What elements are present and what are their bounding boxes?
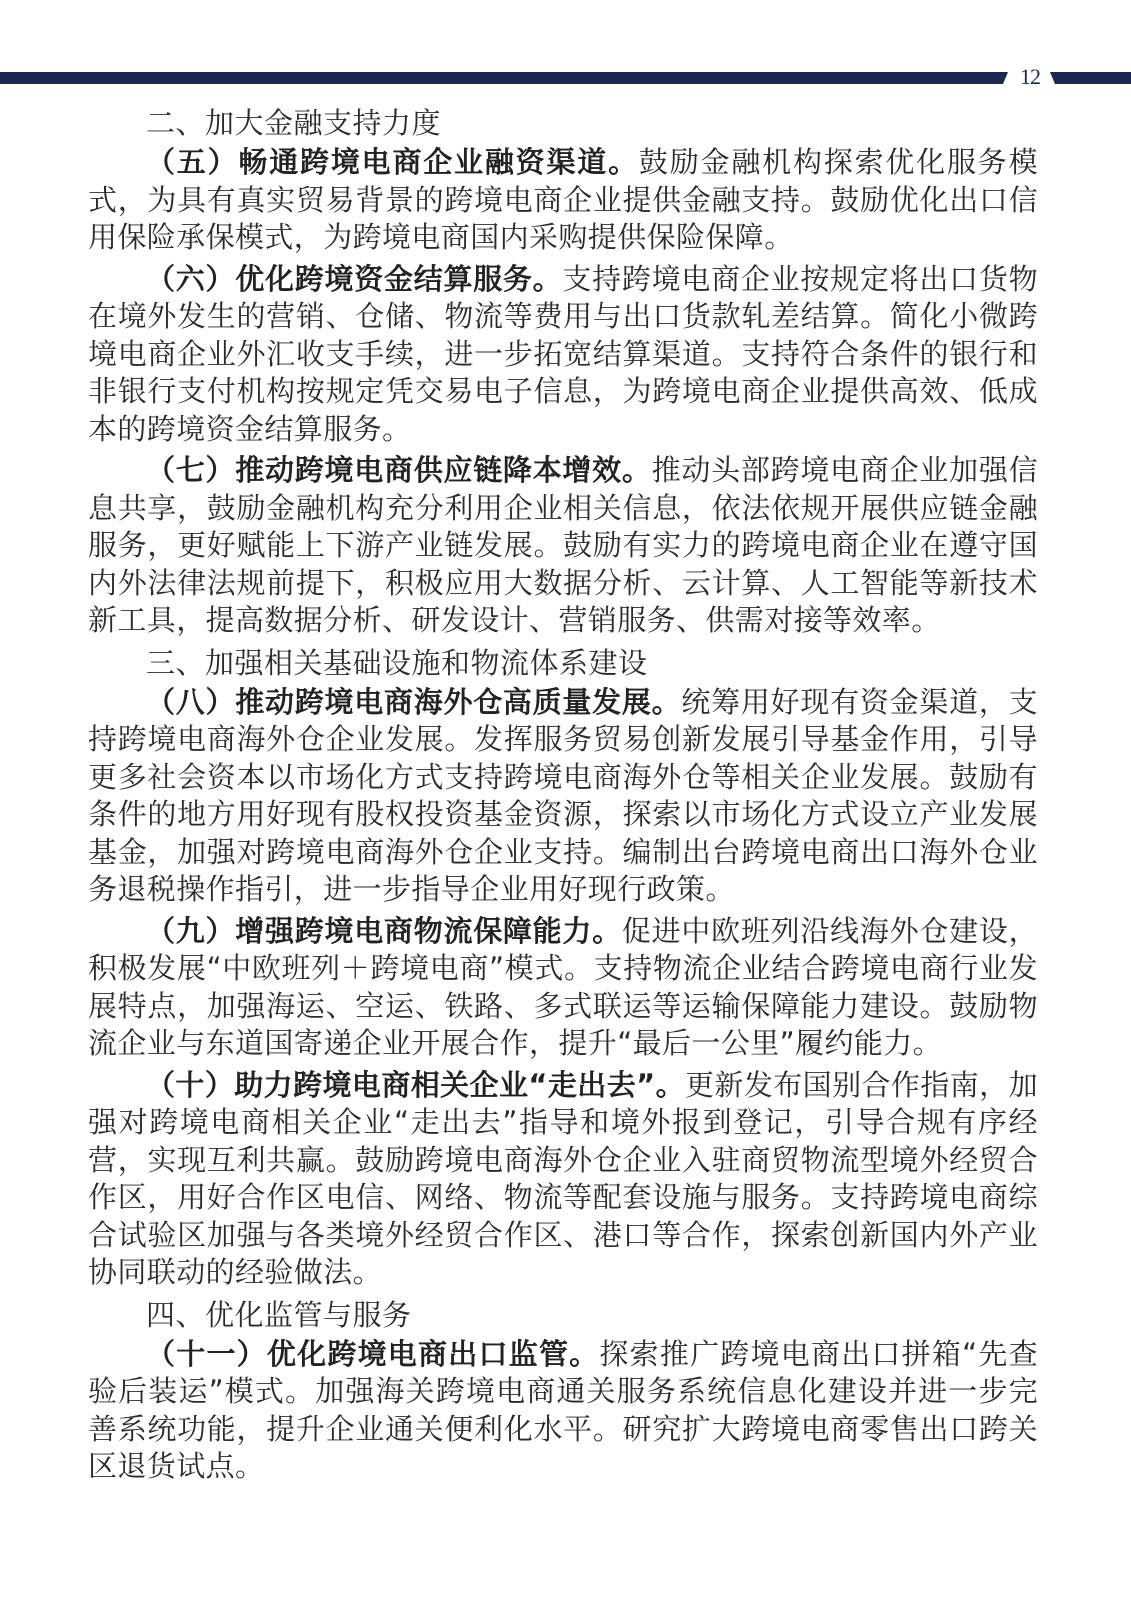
paragraph-lead: （八）推动跨境电商海外仓高质量发展。 [146, 685, 681, 719]
section-heading: 二、加大金融支持力度 [88, 104, 1038, 142]
section-heading: 四、优化监管与服务 [88, 1296, 1038, 1334]
section-supervision-service: 四、优化监管与服务 （十一）优化跨境电商出口监管。探索推广跨境电商出口拼箱“先查… [88, 1296, 1038, 1486]
paragraph-lead: （七）推动跨境电商供应链降本增效。 [146, 453, 652, 487]
paragraph-item-7: （七）推动跨境电商供应链降本增效。推动头部跨境电商企业加强信息共享，鼓励金融机构… [88, 452, 1038, 640]
paragraph-lead: （九）增强跨境电商物流保障能力。 [146, 914, 622, 948]
paragraph-lead: （六）优化跨境资金结算服务。 [146, 262, 562, 296]
paragraph-lead: （十）助力跨境电商相关企业“走出去”。 [146, 1068, 685, 1102]
header-bar [0, 72, 1008, 84]
page-number: 12 [1013, 64, 1047, 90]
paragraph-lead: （五）畅通跨境电商企业融资渠道。 [146, 145, 639, 179]
paragraph-item-11: （十一）优化跨境电商出口监管。探索推广跨境电商出口拼箱“先查验后装运”模式。加强… [88, 1336, 1038, 1486]
paragraph-item-9: （九）增强跨境电商物流保障能力。促进中欧班列沿线海外仓建设，积极发展“中欧班列＋… [88, 913, 1038, 1063]
paragraph-item-6: （六）优化跨境资金结算服务。支持跨境电商企业按规定将出口货物在境外发生的营销、仓… [88, 261, 1038, 449]
paragraph-item-5: （五）畅通跨境电商企业融资渠道。鼓励金融机构探索优化服务模式，为具有真实贸易背景… [88, 144, 1038, 257]
section-finance-support: 二、加大金融支持力度 （五）畅通跨境电商企业融资渠道。鼓励金融机构探索优化服务模… [88, 104, 1038, 640]
header-bar-end [1050, 72, 1131, 84]
paragraph-item-8: （八）推动跨境电商海外仓高质量发展。统筹用好现有资金渠道，支持跨境电商海外仓企业… [88, 684, 1038, 909]
paragraph-lead: （十一）优化跨境电商出口监管。 [146, 1337, 599, 1371]
section-infrastructure-logistics: 三、加强相关基础设施和物流体系建设 （八）推动跨境电商海外仓高质量发展。统筹用好… [88, 644, 1038, 1292]
document-body: 二、加大金融支持力度 （五）畅通跨境电商企业融资渠道。鼓励金融机构探索优化服务模… [88, 104, 1038, 1490]
section-heading: 三、加强相关基础设施和物流体系建设 [88, 644, 1038, 682]
paragraph-item-10: （十）助力跨境电商相关企业“走出去”。更新发布国别合作指南，加强对跨境电商相关企… [88, 1067, 1038, 1292]
